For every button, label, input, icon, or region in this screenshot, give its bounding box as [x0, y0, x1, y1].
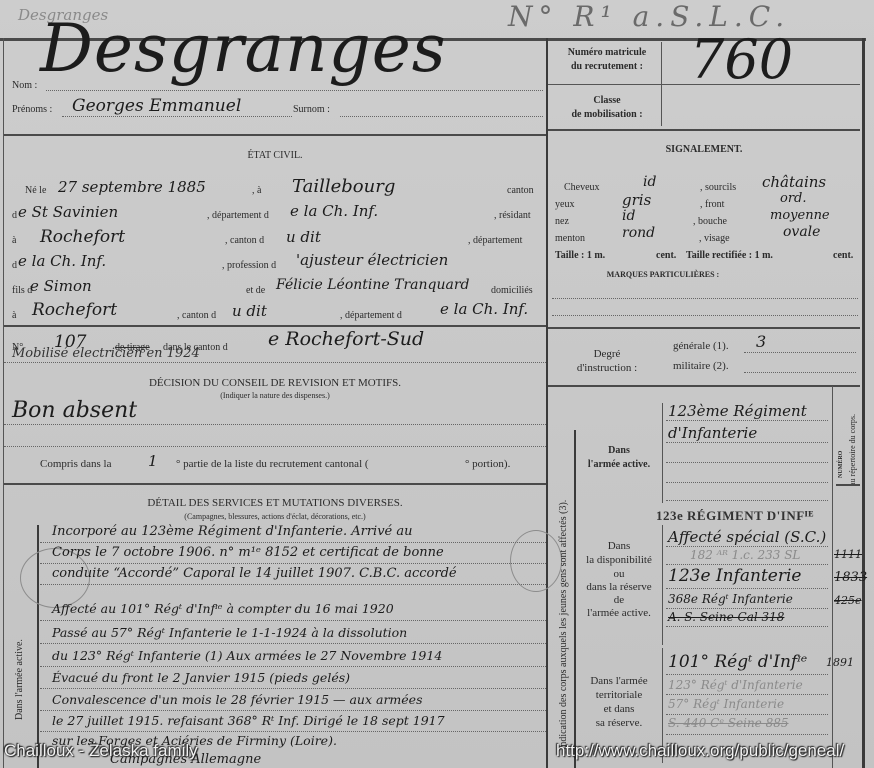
ne-le-value: 27 septembre 1885 — [58, 178, 206, 196]
active-label-2: l'armée active. — [578, 459, 660, 470]
compris-value: 1 — [148, 452, 158, 470]
profession-value: 'ajusteur électricien — [296, 251, 448, 269]
reserve-rule — [666, 588, 828, 589]
prenoms-value: Georges Emmanuel — [72, 96, 241, 116]
left-border — [3, 38, 4, 768]
generale-value: 3 — [756, 332, 766, 351]
ne-a-label: , à — [252, 185, 261, 196]
signalement-divider — [548, 327, 860, 329]
taille-label: Taille : 1 m. — [555, 250, 605, 261]
services-subtitle: (Campagnes, blessures, actions d'éclat, … — [4, 512, 546, 521]
yeux-label: yeux — [555, 199, 574, 210]
service-line-2: Corps le 7 octobre 1906. n° m¹ᵉ 8152 et … — [52, 545, 444, 560]
visage-label: , visage — [699, 233, 730, 244]
prenoms-label: Prénoms : — [12, 104, 52, 115]
residant-canton-label: , canton d — [225, 235, 264, 246]
generale-label: générale (1). — [673, 340, 729, 352]
reserve-number-2: 1833 — [834, 570, 867, 585]
service-rule — [40, 688, 546, 689]
compris-label: Compris dans la — [40, 458, 112, 470]
militaire-label: militaire (2). — [673, 360, 729, 372]
reserve-rule — [666, 608, 828, 609]
residant-canton-value: u dit — [286, 228, 321, 246]
portion-suffix: ° portion). — [465, 458, 510, 470]
territoriale-rule — [666, 734, 828, 735]
territoriale-rule — [666, 714, 828, 715]
service-rule — [40, 643, 546, 644]
service-line-8: Convalescence d'un mois le 28 février 19… — [52, 692, 423, 707]
compris-suffix: ° partie de la liste du recrutement cant… — [176, 458, 369, 470]
active-rule — [666, 442, 828, 443]
territoriale-label-4: sa réserve. — [578, 717, 660, 729]
front-label: , front — [700, 199, 724, 210]
canton-value: e St Savinien — [18, 203, 118, 221]
reserve-line-3: 123e Infanterie — [668, 566, 801, 586]
visage-value: ovale — [783, 224, 820, 240]
services-title: DÉTAIL DES SERVICES ET MUTATIONS DIVERSE… — [4, 497, 546, 509]
menton-label: menton — [555, 233, 585, 244]
reserve-rule — [666, 626, 828, 627]
departement-value: e la Ch. Inf. — [290, 202, 378, 220]
surnom-label: Surnom : — [293, 104, 330, 115]
military-register-page: Desgranges N° R¹ a.S.L.C. Nom : Desgrang… — [0, 0, 874, 768]
tirage-canton-value: e Rochefort-Sud — [268, 328, 424, 350]
classe-divider — [548, 129, 860, 131]
domicile-value: Rochefort — [32, 300, 117, 320]
reserve-rule — [666, 564, 828, 565]
services-side-label: Dans l'armée active. — [14, 639, 25, 720]
classe-label-1: Classe — [548, 95, 666, 106]
territoriale-label-1: Dans l'armée — [578, 675, 660, 687]
territoriale-line-3: 57° Régᵗ Infanterie — [668, 697, 784, 711]
nom-label: Nom : — [12, 80, 37, 91]
reserve-label-3: ou — [578, 568, 660, 580]
active-line-1: 123ème Régiment — [668, 402, 807, 420]
territoriale-side-number: 1891 — [826, 656, 854, 669]
taille-rectifiee-cent: cent. — [833, 250, 853, 261]
decision-divider — [4, 483, 546, 485]
reserve-number-3: 425e — [834, 594, 862, 607]
marques-line-2 — [552, 315, 858, 316]
cheveux-value: id — [643, 174, 656, 190]
domicile-a-label: à — [12, 310, 16, 321]
service-rule — [40, 542, 546, 543]
residant-dept-prefix: d — [12, 260, 17, 271]
active-label-1: Dans — [578, 445, 660, 456]
service-line-3: conduite “Accordé” Caporal le 14 juillet… — [52, 566, 457, 581]
active-line-2: d'Infanterie — [668, 424, 757, 442]
nom-line — [46, 90, 543, 91]
mere-label: et de — [246, 285, 265, 296]
mere-value: Félicie Léontine Tranquard — [276, 277, 470, 293]
pere-value: e Simon — [30, 277, 92, 295]
service-line-9: le 27 juillet 1915. refaisant 368° Rᵗ In… — [52, 713, 445, 728]
territoriale-line-1: 101° Régᵗ d'Infᶦᵉ — [668, 652, 807, 672]
instruction-divider — [548, 385, 860, 387]
cheveux-label: Cheveux — [564, 182, 600, 193]
etat-civil-divider — [4, 325, 546, 327]
nez-label: nez — [555, 216, 569, 227]
service-rule — [40, 584, 546, 585]
residant-dept-value: e la Ch. Inf. — [18, 252, 106, 270]
reserve-line-2: 182 ᴬᴿ 1.c. 233 SL — [690, 548, 800, 562]
residant-a-label: à — [12, 235, 16, 246]
bouche-label: , bouche — [693, 216, 727, 227]
service-line-7: Évacué du front le 2 Janvier 1915 (pieds… — [52, 670, 350, 685]
service-line-1: Incorporé au 123ème Régiment d'Infanteri… — [52, 524, 413, 539]
numero-label-1: Numéro matricule — [548, 47, 666, 58]
right-border — [862, 38, 865, 768]
reserve-line-5: A. S. Seine Cal 318 — [668, 610, 784, 624]
residant-value: Rochefort — [40, 227, 125, 247]
service-rule — [40, 731, 546, 732]
service-rule — [40, 710, 546, 711]
ne-le-label: Né le — [25, 185, 46, 196]
territoriale-line-2: 123° Régᵗ d'Infanterie — [668, 678, 803, 692]
domicile-dept-label: , département d — [340, 310, 402, 321]
reserve-label-4: dans la réserve — [578, 581, 660, 593]
service-line-6: du 123° Régᵗ Infanterie (1) Aux armées l… — [52, 648, 442, 663]
surnom-line — [340, 116, 543, 117]
canton-label: canton — [507, 185, 534, 196]
etat-civil-title: ÉTAT CIVIL. — [4, 150, 546, 161]
nez-value: id — [622, 208, 635, 224]
active-rule — [666, 420, 828, 421]
classe-label-2: de mobilisation : — [548, 109, 666, 120]
territoriale-rule — [666, 694, 828, 695]
active-rule — [666, 462, 828, 463]
ink-stamp-right — [510, 530, 562, 592]
decision-title: DÉCISION DU CONSEIL DE REVISION ET MOTIF… — [4, 377, 546, 389]
active-rule — [666, 500, 828, 501]
profession-label: , profession d — [222, 260, 276, 271]
tirage-note: Mobilisé électricien en 1924 — [12, 346, 200, 361]
domicile-canton-value: u dit — [232, 302, 267, 320]
watermark-left: Chailloux - Żelaska family — [4, 741, 198, 761]
service-rule — [40, 620, 546, 621]
instruction-label-2: d'instruction : — [548, 362, 666, 374]
sourcils-label: , sourcils — [700, 182, 736, 193]
tirage-line — [4, 362, 546, 363]
territoriale-line-4: S. 440 Cᵉ Seine 885 — [668, 716, 789, 730]
service-rule — [40, 563, 546, 564]
affectations-side-label: Indication des corps auxquels les jeunes… — [558, 500, 569, 750]
territoriale-label-2: territoriale — [578, 689, 660, 701]
numero-column-divider — [832, 386, 833, 768]
residant-label: , résidant — [494, 210, 531, 221]
territoriale-label-3: et dans — [578, 703, 660, 715]
domicilies-label: domiciliés — [491, 285, 533, 296]
numero-label-2: du recrutement : — [548, 61, 666, 72]
watermark-right-link[interactable]: http://www.chailloux.org/public/geneal/ — [556, 741, 844, 761]
decision-line-2 — [4, 446, 546, 447]
bouche-value: moyenne — [770, 208, 830, 223]
service-line-5: Passé au 57° Régᵗ Infanterie le 1-1-1924… — [52, 625, 407, 640]
reserve-label-2: la disponibilité — [578, 554, 660, 566]
militaire-line — [744, 372, 856, 373]
active-brace — [662, 403, 663, 503]
reserve-label-6: l'armée active. — [578, 607, 660, 619]
numero-label-2-vert: au répertoire du corps. — [848, 414, 857, 486]
territoriale-rule — [666, 674, 828, 675]
residant-departement-label: , département — [468, 235, 522, 246]
reserve-brace — [662, 525, 663, 645]
taille-rectifiee-label: Taille rectifiée : 1 m. — [686, 250, 773, 261]
reserve-label-1: Dans — [578, 540, 660, 552]
numero-value: 760 — [690, 28, 793, 91]
reserve-line-4: 368e Régᵗ Infanterie — [668, 592, 793, 606]
numero-label-underline — [836, 484, 860, 486]
sourcils-value: châtains — [762, 173, 826, 191]
menton-value: rond — [622, 225, 655, 241]
service-rule — [40, 666, 546, 667]
yeux-value: gris — [622, 191, 651, 209]
reserve-rule — [666, 546, 828, 547]
domicile-dept-value: e la Ch. Inf. — [440, 300, 528, 318]
affectations-side-divider — [574, 430, 576, 768]
signalement-title: SIGNALEMENT. — [548, 144, 860, 155]
matricule-divider — [548, 84, 860, 85]
reserve-line-1: Affecté spécial (S.C.) — [668, 528, 826, 546]
taille-cent: cent. — [656, 250, 676, 261]
decision-line-1 — [4, 424, 546, 425]
active-rule — [666, 482, 828, 483]
canton-prefix: d — [12, 210, 17, 221]
prenoms-line — [62, 116, 292, 117]
reserve-label-5: de — [578, 594, 660, 606]
service-line-4: Affecté au 101° Régᵗ d'Infᶦᵉ à compter d… — [52, 601, 394, 616]
reserve-number-1: 1111 — [834, 548, 862, 561]
domicile-canton-label: , canton d — [177, 310, 216, 321]
instruction-label-1: Degré — [548, 348, 666, 360]
ne-a-value: Taillebourg — [292, 176, 395, 197]
departement-label: , département d — [207, 210, 269, 221]
marques-label: MARQUES PARTICULIÈRES : — [548, 270, 778, 279]
identity-divider — [4, 134, 546, 136]
decision-value: Bon absent — [12, 398, 137, 423]
numero-label-1-vert: NUMÉRO — [838, 451, 844, 478]
marques-line-1 — [552, 298, 858, 299]
front-value: ord. — [780, 191, 807, 206]
nom-value: Desgranges — [40, 10, 447, 87]
generale-line — [744, 352, 856, 353]
reserve-stamp: 123e RÉGIMENT D'INFᴵᴱ — [656, 508, 814, 524]
